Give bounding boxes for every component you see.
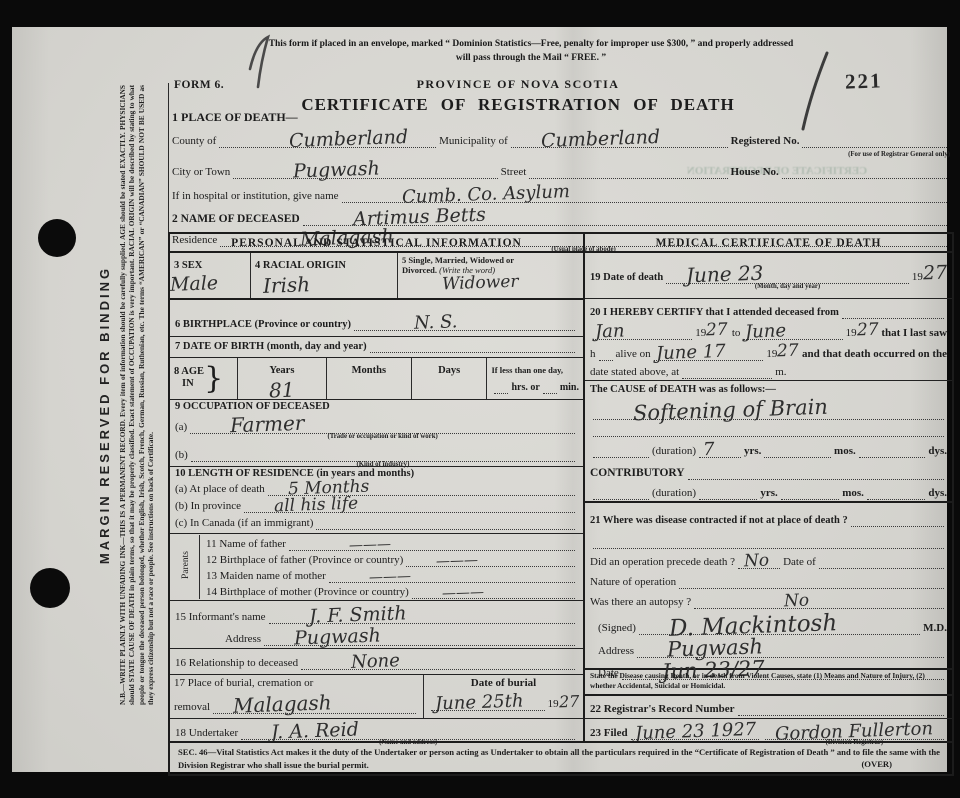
relationship-field: None	[301, 655, 575, 670]
last-saw-label: that I last saw	[881, 327, 947, 340]
cause-field-2	[593, 422, 944, 437]
less-day-label: If less than one day,	[491, 365, 563, 375]
sex-value: Male	[170, 272, 219, 296]
res-b-field: all his life	[244, 498, 575, 513]
contrib-duration-lead	[593, 485, 649, 500]
date-of-death-row: 19 Date of death June 23 (Month, day and…	[585, 253, 952, 299]
mail-note-line2: will pass through the Mail “ FREE. ”	[226, 52, 836, 66]
to-month-field: June	[743, 325, 842, 340]
street-label: Street	[501, 166, 527, 179]
mos-label: mos.	[834, 445, 856, 458]
length-of-residence-row: 10 LENGTH OF RESIDENCE (in years and mon…	[170, 467, 583, 534]
res-c-label: (c) In Canada (if an immigrant)	[175, 517, 313, 530]
physician-address-label: Address	[598, 645, 634, 658]
contributory-field	[688, 465, 944, 480]
informant-value: J. F. Smith	[308, 602, 406, 627]
duration-lead-dots	[593, 443, 649, 458]
alive-date-value: June 17	[655, 341, 725, 364]
over-label: (OVER)	[861, 758, 892, 771]
res-b-value: all his life	[274, 494, 359, 517]
relationship-row: 16 Relationship to deceased None	[170, 649, 583, 675]
main-form-box: PERSONAL AND STATISTICAL INFORMATION 3 S…	[168, 232, 954, 776]
deceased-name-field: Artimus Betts	[303, 211, 947, 226]
occupation-label: 9 OCCUPATION OF DECEASED	[175, 401, 578, 412]
contrib-yrs-field	[699, 485, 757, 500]
birthplace-row: 6 BIRTHPLACE (Province or country) N. S.	[170, 300, 583, 337]
alive-date-field: June 17	[654, 346, 764, 361]
mother-name-value: ———	[368, 568, 411, 585]
occupation-b-field: (Kind of industry)	[191, 447, 575, 462]
burial-date-cell: Date of burial June 25th 1927	[423, 675, 583, 718]
contrib-mos-field	[781, 485, 839, 500]
certificate-paper: MARGIN RESERVED FOR BINDING N.B.—WRITE P…	[12, 27, 947, 772]
to-month-value: June	[745, 320, 787, 342]
registrar-general-note: (For use of Registrar General only)	[848, 151, 950, 158]
date-of-death-note: (Month, day and year)	[666, 283, 909, 290]
burial-place-field: Malagash	[213, 699, 416, 714]
undertaker-row: 18 Undertaker J. A. Reid (Name and addre…	[170, 719, 583, 741]
registrar-record-label: 22 Registrar's Record Number	[590, 703, 735, 716]
burial-date-value: June 25th	[435, 691, 524, 715]
occupation-row: 9 OCCUPATION OF DECEASED (a) Farmer (Tra…	[170, 400, 583, 468]
filed-registrar-field: Gordon Fullerton (Division Registrar)	[765, 725, 944, 740]
registered-no-label: Registered No.	[731, 135, 800, 148]
occupation-a-field: Farmer (Trade or occupation or kind of w…	[190, 419, 575, 434]
sec46-footer: SEC. 46—Vital Statistics Act makes it th…	[170, 741, 952, 774]
filed-date-field: June 23 1927	[631, 725, 759, 740]
duration-dys-field	[859, 443, 926, 458]
duration-label: (duration)	[652, 445, 696, 458]
operation-date-field	[819, 554, 944, 569]
cause-of-death-row: The CAUSE of DEATH was as follows:— Soft…	[585, 381, 952, 503]
contrib-mos-label: mos.	[842, 487, 864, 500]
age-label: 8 AGE	[174, 366, 204, 377]
racial-origin-value: Irish	[263, 272, 311, 298]
from-year-prefix: 19	[695, 327, 706, 340]
disease-operation-autopsy-row: 21 Where was disease contracted if not a…	[585, 503, 952, 670]
to-label: to	[732, 327, 741, 340]
dod-year-prefix: 19	[912, 271, 923, 284]
alive-year-prefix: 19	[766, 348, 777, 361]
min-field	[543, 379, 557, 394]
dob-label: 7 DATE OF BIRTH (month, day and year)	[175, 341, 367, 353]
microfilm-frame: MARGIN RESERVED FOR BINDING N.B.—WRITE P…	[0, 0, 960, 798]
marital-label-2: Divorced.	[402, 265, 437, 275]
sec46-text: SEC. 46—Vital Statistics Act makes it th…	[178, 747, 940, 770]
medical-section-header: MEDICAL CERTIFICATE OF DEATH	[585, 234, 952, 253]
mother-name-label: 13 Maiden name of mother	[206, 570, 326, 583]
burial-place-cell: 17 Place of burial, cremation or removal…	[170, 675, 423, 718]
burial-year-prefix: 19	[548, 698, 559, 711]
contrib-yrs-label: yrs.	[760, 487, 777, 500]
checkmark-annotation	[244, 33, 278, 91]
occupation-b-label: (b)	[175, 449, 188, 462]
father-birthplace-label: 12 Birthplace of father (Province or cou…	[206, 554, 403, 567]
county-label: County of	[172, 135, 216, 148]
filed-row: 23 Filed June 23 1927 Gordon Fullerton (…	[585, 719, 952, 741]
m-label: m.	[775, 366, 786, 379]
days-label: Days	[438, 365, 460, 376]
operation-date-label: Date of	[783, 556, 816, 569]
municipality-field: Cumberland	[511, 133, 728, 148]
signed-label: (Signed)	[598, 622, 636, 635]
q21-field-2	[593, 534, 944, 549]
house-no-label: House No.	[731, 166, 779, 179]
certify-label: 20 I HEREBY CERTIFY that I attended dece…	[590, 307, 839, 319]
autopsy-label: Was there an autopsy ?	[590, 596, 691, 609]
hospital-field: Cumb. Co. Asylum	[342, 188, 947, 203]
date-of-birth-row: 7 DATE OF BIRTH (month, day and year)	[170, 337, 583, 358]
personal-statistical-column: PERSONAL AND STATISTICAL INFORMATION 3 S…	[170, 234, 585, 741]
contrib-dys-label: dys.	[928, 487, 947, 500]
birthplace-field: N. S.	[354, 316, 575, 331]
birthplace-value: N. S.	[414, 311, 458, 334]
date-of-death-field: June 23 (Month, day and year)	[666, 269, 909, 284]
father-birthplace-field: ———	[406, 552, 575, 567]
burial-row: 17 Place of burial, cremation or removal…	[170, 675, 583, 719]
cause-field: Softening of Brain	[593, 405, 944, 420]
father-name-field: ———	[289, 536, 575, 551]
burial-label-line2: removal	[174, 701, 210, 714]
operation-label: Did an operation precede death ?	[590, 556, 735, 569]
contrib-dys-field	[867, 485, 925, 500]
nature-field	[679, 574, 944, 589]
city-field: Pugwash	[233, 164, 497, 179]
from-month-field: Jan	[593, 325, 692, 340]
burial-date-field: June 25th	[431, 696, 545, 711]
occupation-a-note: (Trade or occupation or kind of work)	[190, 433, 575, 440]
age-brace: }	[204, 365, 223, 392]
dob-field	[370, 338, 575, 353]
age-cell: 8 AGE IN }	[170, 358, 237, 399]
deceased-name-label: 2 NAME OF DECEASED	[172, 213, 300, 226]
hrs-field	[494, 379, 508, 394]
date-stated-label: date stated above, at	[590, 366, 679, 379]
res-a-label: (a) At place of death	[175, 483, 265, 496]
certify-from-dots	[842, 304, 944, 319]
parents-row: Parents 11 Name of father ——— 12 Birthpl…	[170, 534, 583, 601]
informant-address-value: Pugwash	[294, 624, 381, 649]
date-of-death-label: 19 Date of death	[590, 272, 663, 284]
filed-label: 23 Filed	[590, 727, 628, 740]
residence-length-label: 10 LENGTH OF RESIDENCE (in years and mon…	[175, 468, 578, 479]
age-months-cell: Months	[326, 358, 411, 399]
from-month-value: Jan	[595, 321, 625, 343]
duration-value: 7	[703, 439, 715, 460]
yrs-label: yrs.	[744, 445, 761, 458]
binding-margin-label: MARGIN RESERVED FOR BINDING	[97, 205, 113, 625]
undertaker-label: 18 Undertaker	[175, 727, 238, 740]
to-year-prefix: 19	[846, 327, 857, 340]
registrar-record-field	[738, 701, 945, 716]
municipality-label: Municipality of	[439, 135, 508, 148]
mother-birthplace-field: ———	[412, 584, 575, 599]
medical-certificate-column: MEDICAL CERTIFICATE OF DEATH 19 Date of …	[585, 234, 952, 741]
mail-note-line1: This form if placed in an envelope, mark…	[226, 38, 836, 52]
personal-section-header: PERSONAL AND STATISTICAL INFORMATION	[170, 234, 583, 253]
physician-address-field: Pugwash	[637, 643, 944, 658]
parents-label: Parents	[181, 545, 191, 585]
res-b-label: (b) In province	[175, 500, 241, 513]
nature-label: Nature of operation	[590, 576, 676, 589]
place-of-death-section: 1 PLACE OF DEATH— County of Cumberland M…	[172, 107, 950, 247]
racial-origin-label: 4 RACIAL ORIGIN	[255, 260, 346, 271]
alive-pronoun-field	[599, 346, 613, 361]
age-years-cell: Years 81	[237, 358, 326, 399]
autopsy-value: No	[784, 591, 810, 612]
left-form-rule	[168, 83, 169, 232]
dod-year-value: 27	[922, 262, 947, 285]
age-row: 8 AGE IN } Years 81 Months Days	[170, 358, 583, 400]
street-field	[529, 164, 727, 179]
years-value: 81	[269, 377, 295, 402]
years-label: Years	[269, 365, 294, 376]
duration-yrs-field: 7	[699, 443, 741, 458]
hour-field	[682, 364, 772, 379]
municipality-value: Cumberland	[540, 126, 660, 152]
duration-mos-field	[764, 443, 831, 458]
from-year-value: 27	[706, 320, 728, 341]
alive-prefix: h	[590, 348, 596, 361]
occupation-a-label: (a)	[175, 421, 187, 434]
city-label: City or Town	[172, 166, 230, 179]
to-year-value: 27	[856, 320, 878, 341]
autopsy-field: No	[694, 594, 944, 609]
place-of-death-label: 1 PLACE OF DEATH—	[172, 110, 298, 126]
mother-birthplace-value: ———	[442, 584, 485, 601]
mother-birthplace-label: 14 Birthplace of mother (Province or cou…	[206, 586, 409, 599]
certify-row: 20 I HEREBY CERTIFY that I attended dece…	[585, 299, 952, 381]
racial-origin-cell: 4 RACIAL ORIGIN Irish	[250, 253, 397, 298]
hrs-label: hrs. or	[511, 382, 539, 394]
city-value: Pugwash	[293, 157, 380, 182]
sex-origin-marital-row: 3 SEX Male 4 RACIAL ORIGIN Irish 5 Singl…	[170, 253, 583, 300]
undertaker-field: J. A. Reid (Name and address)	[241, 725, 575, 740]
house-no-field	[782, 164, 947, 179]
fine-print-text: State the Disease causing Death, or in d…	[590, 671, 947, 692]
mail-franking-note: This form if placed in an envelope, mark…	[226, 38, 836, 66]
burial-date-label: Date of burial	[428, 677, 579, 689]
county-field: Cumberland	[219, 133, 436, 148]
informant-address-label: Address	[225, 633, 261, 646]
informant-field: J. F. Smith	[269, 609, 575, 624]
punch-hole-bottom	[30, 568, 70, 608]
signed-field: D. Mackintosh	[639, 620, 920, 635]
q21-label: 21 Where was disease contracted if not a…	[590, 515, 848, 527]
hospital-label: If in hospital or institution, give name	[172, 190, 339, 203]
registration-number-stamp: 221	[845, 68, 883, 94]
age-days-cell: Days	[411, 358, 487, 399]
informant-row: 15 Informant's name J. F. Smith Address …	[170, 601, 583, 649]
father-name-label: 11 Name of father	[206, 538, 286, 551]
months-label: Months	[352, 365, 386, 376]
margin-instructions-note: N.B.—WRITE PLAINLY WITH UNFADING INK—THI…	[118, 85, 162, 705]
less-than-day-cell: If less than one day, hrs. or min.	[486, 358, 583, 399]
informant-label: 15 Informant's name	[175, 611, 266, 624]
informant-address-field: Pugwash	[264, 631, 575, 646]
marital-label-1: 5 Single, Married, Widowed or	[402, 255, 514, 265]
relationship-label: 16 Relationship to deceased	[175, 657, 298, 670]
res-c-field	[316, 515, 575, 530]
operation-field: No	[738, 554, 780, 569]
mother-name-field: ———	[329, 568, 575, 583]
contributory-label: CONTRIBUTORY	[590, 467, 685, 480]
punch-hole-top	[38, 219, 76, 257]
registered-no-field	[802, 133, 947, 148]
form-columns: PERSONAL AND STATISTICAL INFORMATION 3 S…	[170, 234, 952, 741]
dys-label: dys.	[928, 445, 947, 458]
alive-year-value: 27	[777, 341, 799, 362]
min-label: min.	[560, 382, 579, 394]
registrar-record-row: 22 Registrar's Record Number	[585, 696, 952, 719]
relationship-value: None	[351, 650, 401, 673]
contrib-duration-label: (duration)	[652, 487, 696, 500]
marital-value: Widower	[442, 272, 519, 295]
alive-suffix: and that death occurred on the	[802, 348, 947, 361]
age-in-label: IN	[182, 378, 194, 389]
sex-label: 3 SEX	[174, 260, 202, 271]
burial-place-value: Malagash	[233, 690, 332, 717]
county-value: Cumberland	[289, 126, 409, 152]
burial-label-line1: 17 Place of burial, cremation or	[174, 677, 419, 690]
father-name-value: ———	[349, 536, 392, 553]
burial-year-value: 27	[558, 692, 579, 712]
cause-label: The CAUSE of DEATH was as follows:—	[590, 384, 947, 395]
sex-cell: 3 SEX Male	[170, 253, 250, 298]
md-label: M.D.	[923, 622, 947, 635]
operation-value: No	[744, 551, 770, 572]
fine-print-row: State the Disease causing Death, or in d…	[585, 670, 952, 696]
res-a-field: 5 Months	[268, 481, 575, 496]
alive-label: alive on	[616, 348, 651, 361]
birthplace-label: 6 BIRTHPLACE (Province or country)	[175, 319, 351, 331]
marital-status-cell: 5 Single, Married, Widowed or Divorced. …	[397, 253, 583, 298]
q21-field	[851, 512, 944, 527]
